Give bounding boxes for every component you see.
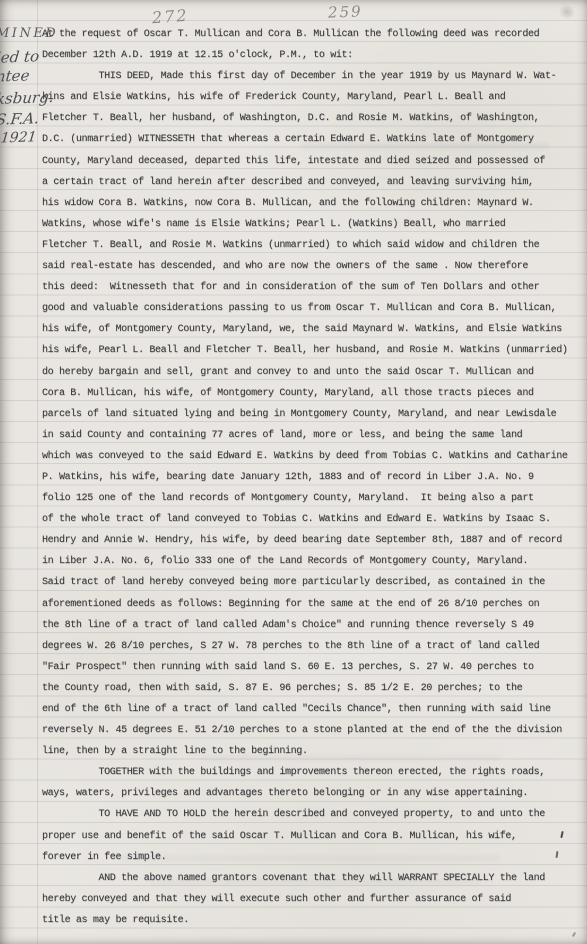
deed-text-line: reversely N. 45 degrees E. 51 2/10 perch…: [42, 720, 582, 741]
deed-text-line: in Liber J.A. No. 6, folio 333 one of th…: [42, 551, 582, 572]
deed-text-line: Fletcher T. Beall, and Rosie M. Watkins …: [42, 235, 582, 256]
deed-text-line: P. Watkins, his wife, bearing date Janua…: [42, 467, 582, 488]
deed-text-line: his wife, Pearl L. Beall and Fletcher T.…: [42, 340, 582, 361]
deed-text-line: a certain tract of land herein after des…: [42, 172, 582, 193]
deed-text-line: his wife, of Montgomery County, Maryland…: [42, 319, 582, 340]
deed-text-line: of the whole tract of land conveyed to T…: [42, 509, 582, 530]
deed-text-line: At the request of Oscar T. Mullican and …: [42, 24, 582, 45]
deed-text-line: Cora B. Mullican, his wife, of Montgomer…: [42, 383, 582, 404]
deed-text-line: the County road, then with said, S. 87 E…: [42, 678, 582, 699]
deed-body-text: At the request of Oscar T. Mullican and …: [42, 24, 582, 931]
deed-text-line: TO HAVE AND TO HOLD the herein described…: [42, 804, 582, 825]
deed-text-line: "Fair Prospect" then running with said l…: [42, 657, 582, 678]
deed-text-line: Said tract of land hereby conveyed being…: [42, 572, 582, 593]
deed-text-line: hereby conveyed and that they will execu…: [42, 889, 582, 910]
deed-text-line: THIS DEED, Made this first day of Decemb…: [42, 66, 582, 87]
deed-text-line: title as may be requisite.: [42, 910, 582, 931]
pencil-smudge: [556, 1, 578, 22]
deed-text-line: parcels of land situated lying and being…: [42, 404, 582, 425]
deed-text-line: end of the 6th line of a tract of land c…: [42, 699, 582, 720]
deed-text-line: degrees W. 26 8/10 perches, S 27 W. 78 p…: [42, 636, 582, 657]
deed-text-line: which was conveyed to the said Edward E.…: [42, 446, 582, 467]
deed-text-line: said real-estate has descended, and who …: [42, 256, 582, 277]
deed-text-line: in said County and containing 77 acres o…: [42, 425, 582, 446]
deed-record-page: 272 259 MINED led to ntee ksburg. S.F.A.…: [0, 0, 587, 944]
deed-text-line: Fletcher T. Beall, her husband, of Washi…: [42, 108, 582, 129]
bleed-through-artifact: [120, 855, 500, 861]
deed-text-line: ways, waters, privileges and advantages …: [42, 783, 582, 804]
deed-text-line: kins and Elsie Watkins, his wife of Fred…: [42, 87, 582, 108]
margin-note-date: -1921: [0, 129, 37, 146]
deed-text-line: folio 125 one of the land records of Mon…: [42, 488, 582, 509]
pencil-page-number: 259: [328, 2, 363, 21]
deed-text-line: this deed: Witnesseth that for and in co…: [42, 277, 582, 298]
deed-text-line: do hereby bargain and sell, grant and co…: [42, 362, 582, 383]
deed-text-line: his widow Cora B. Watkins, now Cora B. M…: [42, 193, 582, 214]
bleed-through-artifact: [200, 755, 500, 761]
deed-text-line: proper use and benefit of the said Oscar…: [42, 826, 582, 847]
deed-text-line: the 8th line of a tract of land called A…: [42, 615, 582, 636]
deed-text-line: aforementioned deeds as follows: Beginni…: [42, 594, 582, 615]
deed-text-line: Watkins, whose wife's name is Elsie Watk…: [42, 214, 582, 235]
margin-note-mailed-to: led to: [0, 47, 40, 66]
stray-ink-mark: [572, 932, 576, 937]
margin-note-initials: S.F.A.: [0, 109, 40, 128]
deed-text-line: Hendry and Annie W. Hendry, his wife, by…: [42, 530, 582, 551]
bleed-through-artifact: [150, 879, 480, 885]
deed-text-line: County, Maryland deceased, departed this…: [42, 151, 582, 172]
margin-note-grantee: ntee: [0, 66, 30, 85]
deed-text-line: December 12th A.D. 1919 at 12.15 o'clock…: [42, 45, 582, 66]
bleed-through-artifact: [300, 143, 550, 149]
margin-rule-line: [37, 0, 38, 944]
deed-text-line: good and valuable considerations passing…: [42, 298, 582, 319]
deed-text-line: TOGETHER with the buildings and improvem…: [42, 762, 582, 783]
